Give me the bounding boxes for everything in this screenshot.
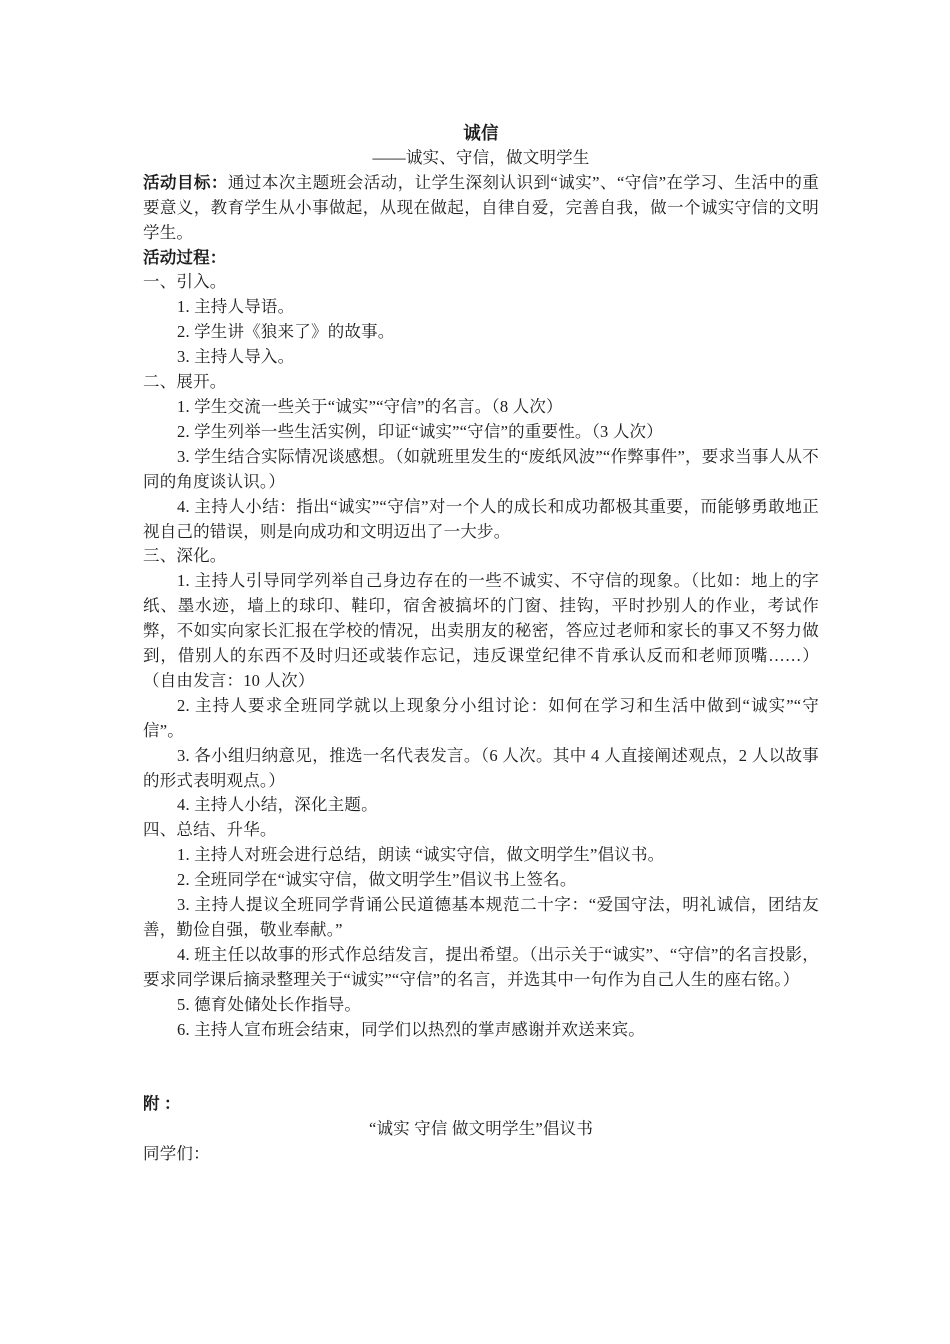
list-item: 1. 主持人引导同学列举自己身边存在的一些不诚实、不守信的现象。（比如：地上的字…: [143, 569, 819, 694]
list-item: 2. 主持人要求全班同学就以上现象分小组讨论：如何在学习和生活中做到“诚实”“守…: [143, 694, 819, 744]
list-item: 4. 主持人小结：指出“诚实”“守信”对一个人的成长和成功都极其重要，而能够勇敢…: [143, 495, 819, 545]
list-item: 1. 主持人导语。: [143, 295, 819, 320]
list-item: 3. 主持人导入。: [143, 345, 819, 370]
paragraph: 一、引入。: [143, 270, 819, 295]
list-item: 2. 学生列举一些生活实例，印证“诚实”“守信”的重要性。（3 人次）: [143, 420, 819, 445]
document-subtitle: ——诚实、守信，做文明学生: [143, 146, 819, 171]
paragraph: 四、总结、升华。: [143, 818, 819, 843]
paragraph: 活动目标：通过本次主题班会活动，让学生深刻认识到“诚实”、“守信”在学习、生活中…: [143, 171, 819, 246]
paragraph: 二、展开。: [143, 370, 819, 395]
blank-line: [143, 1043, 819, 1068]
section-heading: 附 ：: [143, 1092, 819, 1117]
document-page: 诚信——诚实、守信，做文明学生活动目标：通过本次主题班会活动，让学生深刻认识到“…: [0, 0, 950, 1344]
paragraph-bold-label: 活动目标：: [143, 173, 228, 192]
list-item: 5. 德育处储处长作指导。: [143, 993, 819, 1018]
list-item: 3. 主持人提议全班同学背诵公民道德基本规范二十字：“爱国守法，明礼诚信，团结友…: [143, 893, 819, 943]
list-item: 2. 全班同学在“诚实守信，做文明学生”倡议书上签名。: [143, 868, 819, 893]
paragraph: 三、深化。: [143, 544, 819, 569]
list-item: 2. 学生讲《狼来了》的故事。: [143, 320, 819, 345]
list-item: 4. 班主任以故事的形式作总结发言，提出希望。（出示关于“诚实”、“守信”的名言…: [143, 943, 819, 993]
document-content: 诚信——诚实、守信，做文明学生活动目标：通过本次主题班会活动，让学生深刻认识到“…: [143, 121, 819, 1167]
list-item: 1. 学生交流一些关于“诚实”“守信”的名言。（8 人次）: [143, 395, 819, 420]
list-item: 4. 主持人小结，深化主题。: [143, 793, 819, 818]
paragraph: 同学们：: [143, 1142, 819, 1167]
list-item: 6. 主持人宣布班会结束，同学们以热烈的掌声感谢并欢送来宾。: [143, 1018, 819, 1043]
list-item: 3. 各小组归纳意见，推选一名代表发言。（6 人次。其中 4 人直接阐述观点，2…: [143, 744, 819, 794]
list-item: 3. 学生结合实际情况谈感想。（如就班里发生的“废纸风波”“作弊事件”，要求当事…: [143, 445, 819, 495]
document-title: 诚信: [143, 121, 819, 146]
section-heading: 活动过程：: [143, 246, 819, 271]
list-item: 1. 主持人对班会进行总结，朗读 “诚实守信，做文明学生”倡议书。: [143, 843, 819, 868]
blank-line: [143, 1067, 819, 1092]
attachment-title: “诚实 守信 做文明学生”倡议书: [143, 1117, 819, 1142]
